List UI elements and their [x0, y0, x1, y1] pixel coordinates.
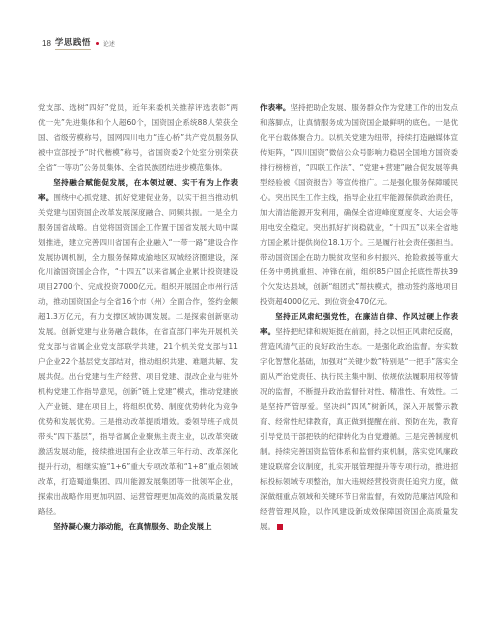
page-header: 18 学思践悟 论述	[42, 37, 115, 49]
paragraph: 作表率。坚持把助企发展、服务群众作为党建工作的出发点和落脚点，让真情服务成为国资…	[260, 101, 458, 310]
end-mark-icon: 囗	[277, 524, 283, 530]
paragraph: 坚持融合赋能促发展，在本领过硬、实干有为上作表率。围绕中心抓党建、抓好党建促业务…	[38, 176, 238, 520]
right-column: 作表率。坚持把助企发展、服务群众作为党建工作的出发点和落脚点，让真情服务成为国资…	[260, 101, 458, 535]
section-label: 论述	[103, 39, 115, 48]
page-number: 18	[42, 39, 51, 48]
paragraph: 坚持正风肃纪强党性，在廉洁自律、作风过硬上作表率。坚持把纪律和规矩挺在前面，持之…	[260, 310, 458, 534]
paragraph-heading: 坚持凝心聚力添动能，在真情服务、助企发展上	[53, 522, 212, 531]
paragraph: 坚持凝心聚力添动能，在真情服务、助企发展上	[38, 520, 238, 535]
column-title: 学思践悟	[55, 36, 91, 50]
paragraph: 党支部、选树“四好”党员，近年来委机关推荐评选表彰“两优一先”先进集体和个人超6…	[38, 101, 238, 176]
paragraph-heading: 作表率。	[260, 103, 290, 112]
paragraph-body: 坚持把纪律和规矩挺在前面，持之以恒正风肃纪反腐，营造风清气正的良好政治生态。一是…	[260, 327, 458, 530]
left-column: 党支部、选树“四好”党员，近年来委机关推荐评选表彰“两优一先”先进集体和个人超6…	[38, 101, 238, 535]
bullet-dot-icon	[96, 42, 99, 45]
paragraph-body: 坚持把助企发展、服务群众作为党建工作的出发点和落脚点，让真情服务成为国资国企最鲜…	[260, 103, 458, 306]
paragraph-body: 围绕中心抓党建、抓好党建促业务，以实干担当推动机关党建与国资国企改革发展深度融合…	[38, 193, 238, 516]
